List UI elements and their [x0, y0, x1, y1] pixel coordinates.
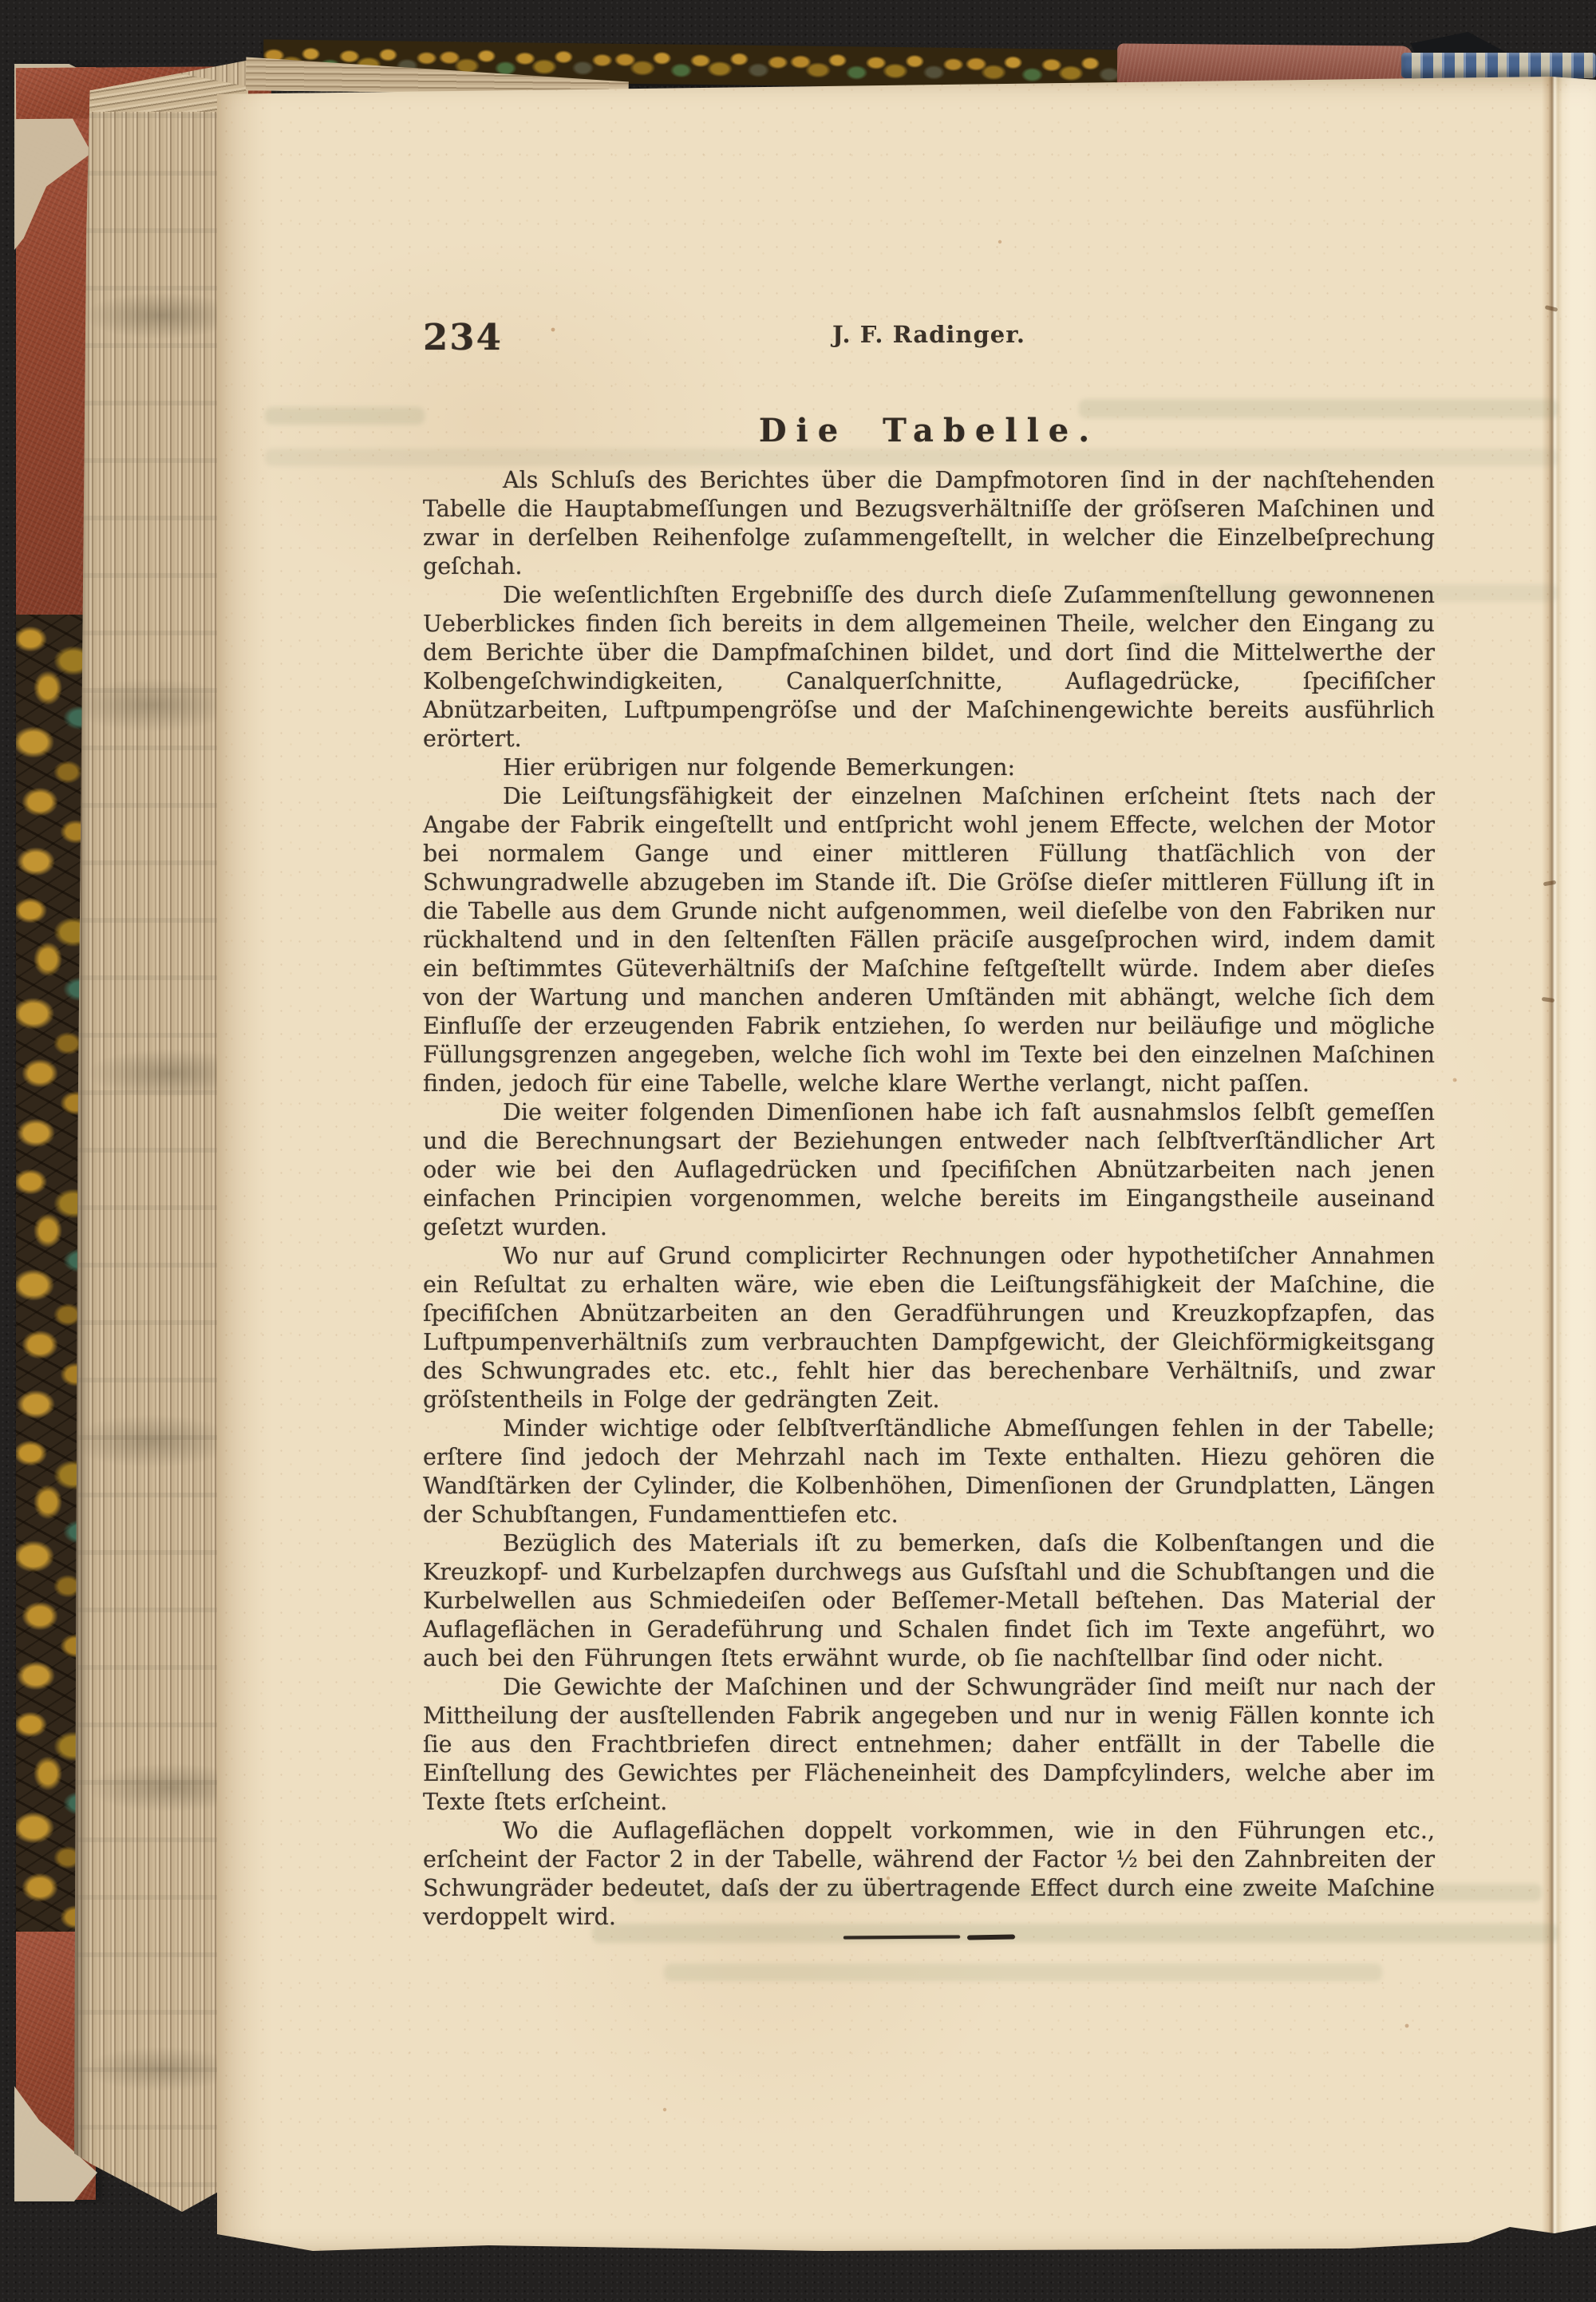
- paragraph: Bezüglich des Materials iſt zu bemerken,…: [423, 1529, 1435, 1673]
- show-through-text: [265, 449, 1558, 466]
- book-page: 234 J. F. Radinger. Die Tabelle. Als Sch…: [217, 73, 1596, 2251]
- paragraph: Die Gewichte der Maſchinen und der Schwu…: [423, 1673, 1435, 1817]
- end-rule-segment: [966, 1934, 1014, 1940]
- show-through-text: [664, 1964, 1382, 1981]
- paragraph: Die Leiſtungsfähigkeit der einzelnen Maſ…: [423, 782, 1435, 1098]
- paragraph: Hier erübrigen nur folgende Bemerkungen:: [423, 753, 1435, 782]
- show-through-text: [265, 407, 425, 425]
- paragraph: Wo nur auf Grund complicirter Rechnungen…: [423, 1242, 1435, 1414]
- scanned-book-photo: { "page": { "number": "234", "running_he…: [0, 0, 1596, 2302]
- end-rule: [423, 1935, 1435, 1940]
- page-header: 234 J. F. Radinger.: [423, 313, 1435, 369]
- paragraph: Wo die Auflageflächen doppelt vorkommen,…: [423, 1817, 1435, 1932]
- page-title: Die Tabelle.: [423, 412, 1435, 449]
- body-text: Als Schluſs des Berichtes über die Dampf…: [423, 466, 1435, 1932]
- paragraph: Minder wichtige oder ſelbſtverſtändliche…: [423, 1414, 1435, 1529]
- paragraph: Die weſentlichſten Ergebniſſe des durch …: [423, 581, 1435, 753]
- headband: [1401, 53, 1596, 78]
- end-rule-segment: [843, 1935, 959, 1939]
- running-head: J. F. Radinger.: [423, 321, 1435, 348]
- paragraph: Die weiter folgenden Dimenſionen habe ic…: [423, 1098, 1435, 1242]
- paragraph: Als Schluſs des Berichtes über die Dampf…: [423, 466, 1435, 581]
